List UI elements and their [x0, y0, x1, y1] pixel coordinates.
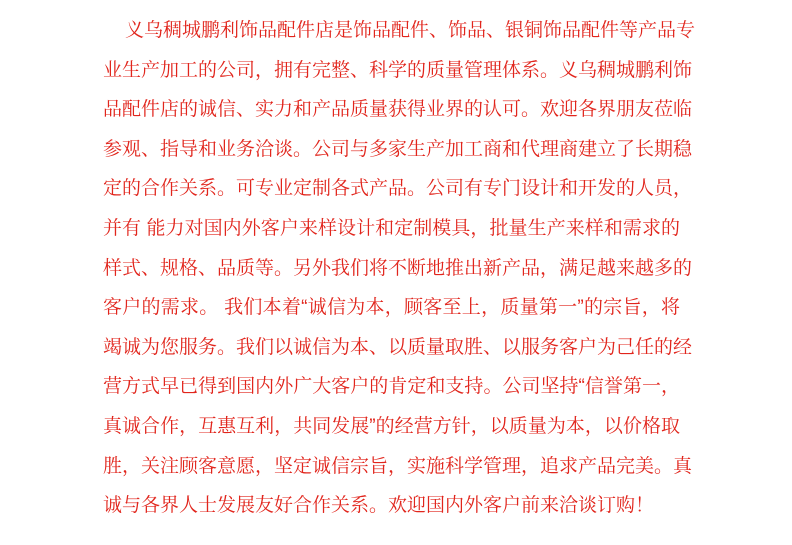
intro-text-line: 义乌稠城鹏利饰品配件店是饰品配件、饰品、银铜饰品配件等产品专	[103, 11, 680, 51]
intro-text-line: 胜，关注顾客意愿，坚定诚信宗旨，实施科学管理，追求产品完美。真	[103, 447, 680, 487]
intro-text-line: 样式、规格、品质等。另外我们将不断地推出新产品，满足越来越多的	[103, 249, 680, 289]
intro-text-line: 竭诚为您服务。我们以诚信为本、以质量取胜、以服务客户为己任的经	[103, 328, 680, 368]
intro-text-line: 业生产加工的公司，拥有完整、科学的质量管理体系。义乌稠城鹏利饰	[103, 51, 680, 91]
intro-text-line: 诚与各界人士发展友好合作关系。欢迎国内外客户前来洽谈订购！	[103, 486, 680, 526]
intro-text-line: 参观、指导和业务洽谈。公司与多家生产加工商和代理商建立了长期稳	[103, 130, 680, 170]
intro-text-line: 定的合作关系。可专业定制各式产品。公司有专门设计和开发的人员，	[103, 169, 680, 209]
intro-text-line: 并有 能力对国内外客户来样设计和定制模具，批量生产来样和需求的	[103, 209, 680, 249]
intro-text-line: 真诚合作，互惠互利，共同发展”的经营方针，以质量为本，以价格取	[103, 407, 680, 447]
intro-text-line: 客户的需求。 我们本着“诚信为本，顾客至上，质量第一”的宗旨，将	[103, 288, 680, 328]
intro-text-line: 营方式早已得到国内外广大客户的肯定和支持。公司坚持“信誉第一，	[103, 367, 680, 407]
company-introduction-document: 义乌稠城鹏利饰品配件店是饰品配件、饰品、银铜饰品配件等产品专 业生产加工的公司，…	[0, 0, 792, 545]
intro-text-line: 品配件店的诚信、实力和产品质量获得业界的认可。欢迎各界朋友莅临	[103, 90, 680, 130]
